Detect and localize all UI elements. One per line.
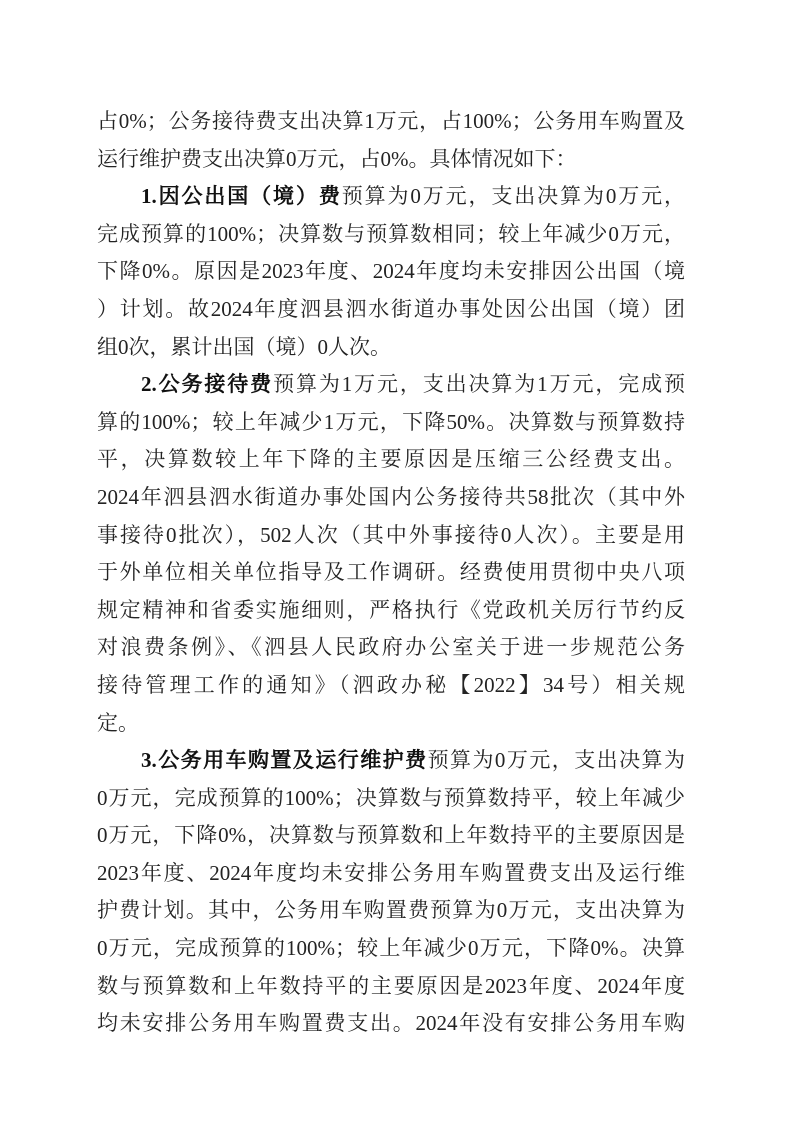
- body-text: 预算为0万元，支出决算为: [428, 748, 685, 772]
- section-2-heading: 2.公务接待费: [141, 372, 273, 396]
- body-text: 预算为1万元，支出决算为1万元，完成预: [273, 372, 685, 396]
- body-line: 均未安排公务用车购置费支出。2024年没有安排公务用车购: [97, 1005, 685, 1043]
- body-line: 算的100%；较上年减少1万元，下降50%。决算数与预算数持: [97, 404, 685, 442]
- body-line: 接待管理工作的通知》（泗政办秘【2022】34号）相关规: [97, 667, 685, 705]
- body-line: 2024年泗县泗水街道办事处国内公务接待共58批次（其中外: [97, 479, 685, 517]
- body-line: 2023年度、2024年度均未安排公务用车购置费支出及运行维: [97, 855, 685, 893]
- body-line: 平，决算数较上年下降的主要原因是压缩三公经费支出。: [97, 441, 685, 479]
- body-line-paragraph-end: 运行维护费支出决算0万元，占0%。具体情况如下：: [97, 141, 685, 179]
- body-line: 数与预算数和上年数持平的主要原因是2023年度、2024年度: [97, 968, 685, 1006]
- text-block: 占0%；公务接待费支出决算1万元，占100%；公务用车购置及 运行维护费支出决算…: [97, 103, 685, 1043]
- section-1-heading: 1.因公出国（境）费: [141, 184, 342, 208]
- body-line: 0万元，完成预算的100%；决算数与预算数持平，较上年减少: [97, 780, 685, 818]
- document-page: 占0%；公务接待费支出决算1万元，占100%；公务用车购置及 运行维护费支出决算…: [0, 0, 793, 1122]
- section-3-first-line: 3.公务用车购置及运行维护费预算为0万元，支出决算为: [97, 742, 685, 780]
- body-line: 护费计划。其中，公务用车购置费预算为0万元，支出决算为: [97, 892, 685, 930]
- body-line: 占0%；公务接待费支出决算1万元，占100%；公务用车购置及: [97, 103, 685, 141]
- body-line: 于外单位相关单位指导及工作调研。经费使用贯彻中央八项: [97, 554, 685, 592]
- body-line: ）计划。故2024年度泗县泗水街道办事处因公出国（境）团: [97, 291, 685, 329]
- body-line: 下降0%。原因是2023年度、2024年度均未安排因公出国（境: [97, 253, 685, 291]
- body-line: 事接待0批次），502人次（其中外事接待0人次）。主要是用: [97, 517, 685, 555]
- body-text: 预算为0万元，支出决算为0万元，: [342, 184, 685, 208]
- section-1-first-line: 1.因公出国（境）费预算为0万元，支出决算为0万元，: [97, 178, 685, 216]
- body-line: 规定精神和省委实施细则，严格执行《党政机关厉行节约反: [97, 592, 685, 630]
- body-line: 0万元，完成预算的100%；较上年减少0万元，下降0%。决算: [97, 930, 685, 968]
- body-line: 0万元，下降0%，决算数与预算数和上年数持平的主要原因是: [97, 817, 685, 855]
- body-line: 对浪费条例》、《泗县人民政府办公室关于进一步规范公务: [97, 629, 685, 667]
- section-2-first-line: 2.公务接待费预算为1万元，支出决算为1万元，完成预: [97, 366, 685, 404]
- section-3-heading: 3.公务用车购置及运行维护费: [141, 748, 428, 772]
- body-line: 完成预算的100%；决算数与预算数相同；较上年减少0万元，: [97, 216, 685, 254]
- body-line-paragraph-end: 定。: [97, 705, 685, 743]
- body-line-paragraph-end: 组0次，累计出国（境）0人次。: [97, 329, 685, 367]
